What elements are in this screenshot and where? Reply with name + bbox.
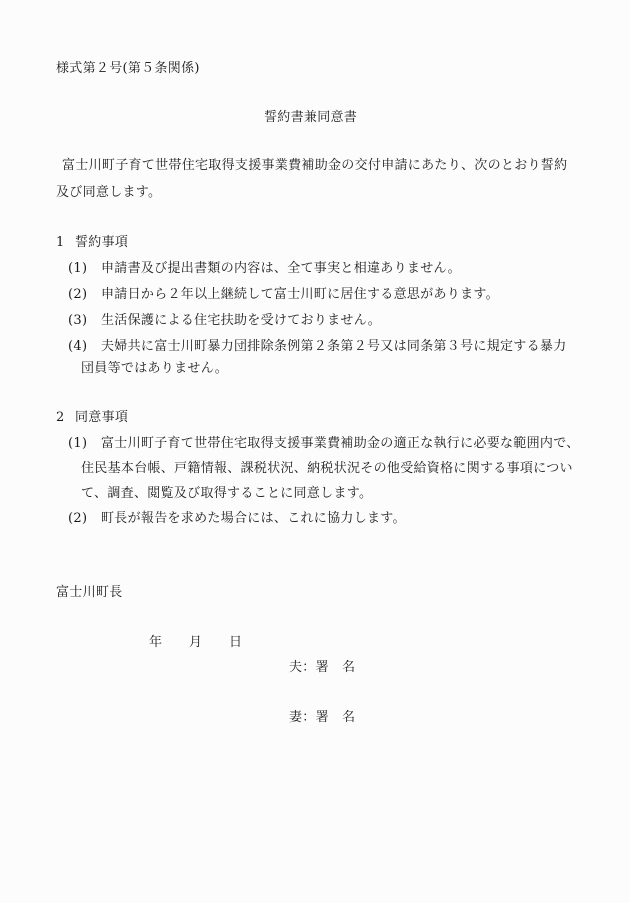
wife-signature-suffix: 名 [342,711,355,724]
consent-item-1-text-3: て、調査、閲覧及び取得することに同意します。 [81,487,372,500]
pledge-item-4-text-1: 夫婦共に富士川町暴力団排除条例第２条第２号又は同条第３号に規定する暴力 [101,340,567,353]
pledge-item-1-text: 申請書及び提出書類の内容は、全て事実と相違ありません。 [101,262,461,275]
intro-line-1: 富士川町子育て世帯住宅取得支援事業費補助金の交付申請にあたり、次のとおり誓約 [62,159,567,172]
pledge-item-3-num: (3) [68,314,87,327]
consent-item-1-num: (1) [68,437,87,450]
intro-line-2: 及び同意します。 [56,186,161,199]
date-month: 月 [189,636,202,649]
section-1-heading: 誓約事項 [75,236,128,249]
pledge-item-4-text-2: 団員等ではありません。 [81,362,228,375]
pledge-item-1-num: (1) [68,262,87,275]
section-2-heading: 同意事項 [75,411,128,424]
section-1-number: 1 [56,236,65,249]
section-2-number: 2 [56,411,65,424]
document-title: 誓約書兼同意書 [264,111,357,124]
husband-signature-label: 夫：署 [289,661,329,674]
pledge-item-4-num: (4) [68,340,87,353]
date-year: 年 [149,636,162,649]
husband-signature-suffix: 名 [342,661,355,674]
pledge-item-2-num: (2) [68,288,87,301]
date-day: 日 [229,636,242,649]
form-number: 様式第２号(第５条関係) [56,62,200,75]
pledge-item-2-text: 申請日から２年以上継続して富士川町に居住する意思があります。 [101,288,499,301]
consent-item-2-text: 町長が報告を求めた場合には、これに協力します。 [101,512,406,525]
consent-item-1-text-1: 富士川町子育て世帯住宅取得支援事業費補助金の適正な執行に必要な範囲内で、 [101,437,580,450]
consent-item-1-text-2: 住民基本台帳、戸籍情報、課税状況、納税状況その他受給資格に関する事項につい [81,462,573,475]
addressee: 富士川町長 [56,586,123,599]
pledge-item-3-text: 生活保護による住宅扶助を受けておりません。 [101,314,381,327]
consent-item-2-num: (2) [68,512,87,525]
wife-signature-label: 妻：署 [289,711,329,724]
